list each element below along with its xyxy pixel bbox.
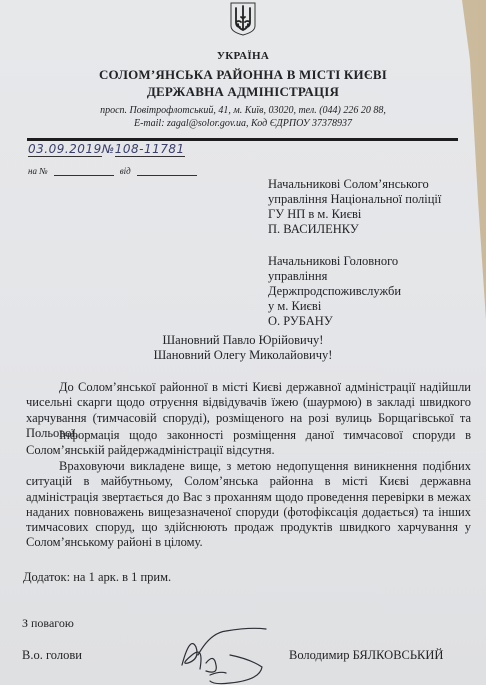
registration-date: 03.09.2019 — [28, 142, 102, 157]
recipient-line: Начальникові Солом’янського — [268, 177, 441, 192]
address-line: просп. Повітрофлотський, 41, м. Київ, 03… — [0, 104, 486, 117]
reply-date-blank — [137, 175, 197, 176]
body-paragraph: Враховуючи викладене вище, з метою недоп… — [26, 459, 471, 551]
salutation: Шановний Павло Юрійовичу! Шановний Олегу… — [0, 333, 486, 363]
recipient-line: Держпродспоживслужби — [268, 284, 401, 299]
signer-name: Володимир БЯЛКОВСЬКИЙ — [289, 648, 443, 663]
salutation-line: Шановний Павло Юрійовичу! — [0, 333, 486, 348]
registration-date-number: 03.09.2019№108-11781 — [28, 142, 185, 156]
recipient-line: у м. Києві — [268, 299, 401, 314]
number-sign: № — [102, 142, 115, 156]
recipient-line: ГУ НП в м. Києві — [268, 207, 441, 222]
body-paragraph: Інформація щодо законності розміщення да… — [26, 428, 471, 459]
recipient-police: Начальникові Солом’янського управління Н… — [268, 177, 441, 237]
closing-regards: З повагою — [22, 616, 74, 631]
handwritten-signature-icon — [170, 625, 280, 685]
reply-to-label: на № — [28, 166, 48, 176]
recipient-line: Начальникові Головного — [268, 254, 401, 269]
header-divider — [27, 138, 458, 141]
registration-number: 108-11781 — [115, 142, 185, 157]
enclosure-note: Додаток: на 1 арк. в 1 прим. — [23, 570, 171, 585]
organization-contacts: просп. Повітрофлотський, 41, м. Київ, 03… — [0, 104, 486, 130]
recipient-name: О. РУБАНУ — [268, 314, 401, 329]
reply-number-blank — [54, 175, 114, 176]
country-title: УКРАЇНА — [0, 50, 486, 62]
from-label: від — [120, 166, 131, 176]
salutation-line: Шановний Олегу Миколайовичу! — [0, 348, 486, 363]
organization-name: СОЛОМ’ЯНСЬКА РАЙОННА В МІСТІ КИЄВІ ДЕРЖА… — [0, 66, 486, 100]
email-code-line: E-mail: zagal@solor.gov.ua, Код ЄДРПОУ 3… — [0, 117, 486, 130]
recipient-line: управління Національної поліції — [268, 192, 441, 207]
organization-line-2: ДЕРЖАВНА АДМІНІСТРАЦІЯ — [0, 83, 486, 100]
organization-line-1: СОЛОМ’ЯНСЬКА РАЙОННА В МІСТІ КИЄВІ — [0, 66, 486, 83]
recipient-line: управління — [268, 269, 401, 284]
recipient-consumer-service: Начальникові Головного управління Держпр… — [268, 254, 401, 329]
trident-coat-of-arms-icon — [229, 2, 257, 36]
signer-position: В.о. голови — [22, 648, 82, 663]
reply-reference: на №від — [28, 166, 203, 176]
recipient-name: П. ВАСИЛЕНКУ — [268, 222, 441, 237]
